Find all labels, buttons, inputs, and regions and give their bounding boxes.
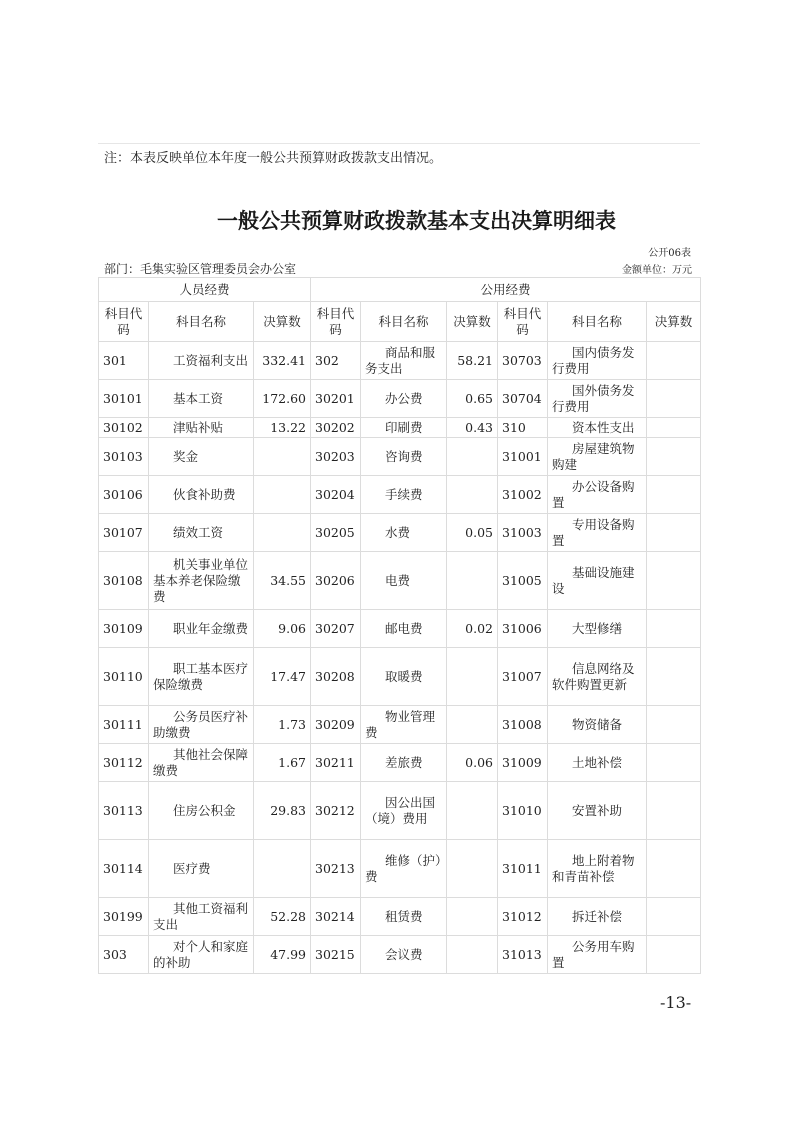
personnel-amount: 9.06 [254,610,311,648]
capital-amount [647,438,701,476]
capital-amount [647,936,701,974]
public-name: 差旅费 [361,744,447,782]
personnel-name: 住房公积金 [149,782,254,840]
public-code: 30213 [311,840,361,898]
capital-code: 30704 [498,380,548,418]
public-amount: 0.05 [447,514,498,552]
capital-name: 土地补偿 [548,744,647,782]
personnel-amount: 29.83 [254,782,311,840]
public-amount: 0.06 [447,744,498,782]
public-code: 30209 [311,706,361,744]
header-amount: 决算数 [254,302,311,342]
capital-code: 31006 [498,610,548,648]
public-amount [447,782,498,840]
personnel-amount: 1.73 [254,706,311,744]
capital-amount [647,380,701,418]
public-code: 30208 [311,648,361,706]
public-amount [447,476,498,514]
capital-name: 大型修缮 [548,610,647,648]
personnel-amount [254,438,311,476]
capital-code: 310 [498,418,548,438]
capital-name: 办公设备购置 [548,476,647,514]
department-label: 部门：毛集实验区管理委员会办公室 [104,260,296,277]
table-row: 30113住房公积金29.8330212因公出国（境）费用31010安置补助 [99,782,701,840]
page-title: 一般公共预算财政拨款基本支出决算明细表 [0,205,793,235]
personnel-name: 对个人和家庭的补助 [149,936,254,974]
personnel-code: 30113 [99,782,149,840]
personnel-name: 机关事业单位基本养老保险缴费 [149,552,254,610]
table-row: 30112其他社会保障缴费1.6730211差旅费0.0631009土地补偿 [99,744,701,782]
personnel-name: 绩效工资 [149,514,254,552]
capital-code: 31008 [498,706,548,744]
header-name: 科目名称 [361,302,447,342]
capital-name: 物资储备 [548,706,647,744]
capital-code: 31009 [498,744,548,782]
column-header-row: 科目代码 科目名称 决算数 科目代码 科目名称 决算数 科目代码 科目名称 决算… [99,302,701,342]
public-name: 水费 [361,514,447,552]
public-name: 维修（护）费 [361,840,447,898]
personnel-amount: 34.55 [254,552,311,610]
capital-code: 31007 [498,648,548,706]
capital-code: 31011 [498,840,548,898]
header-amount: 决算数 [647,302,701,342]
capital-name: 基础设施建设 [548,552,647,610]
capital-amount [647,648,701,706]
public-code: 30207 [311,610,361,648]
table-row: 30111公务员医疗补助缴费1.7330209物业管理费31008物资储备 [99,706,701,744]
header-name: 科目名称 [149,302,254,342]
personnel-code: 30199 [99,898,149,936]
table-row: 30103奖金30203咨询费31001房屋建筑物购建 [99,438,701,476]
public-name: 邮电费 [361,610,447,648]
public-amount [447,898,498,936]
table-row: 30109职业年金缴费9.0630207邮电费0.0231006大型修缮 [99,610,701,648]
public-code: 30205 [311,514,361,552]
table-row: 303对个人和家庭的补助47.9930215会议费31013公务用车购置 [99,936,701,974]
header-code: 科目代码 [99,302,149,342]
table-row: 301工资福利支出332.41302商品和服务支出58.2130703国内债务发… [99,342,701,380]
header-name: 科目名称 [548,302,647,342]
public-name: 因公出国（境）费用 [361,782,447,840]
personnel-amount: 1.67 [254,744,311,782]
capital-name: 专用设备购置 [548,514,647,552]
capital-name: 安置补助 [548,782,647,840]
public-name: 电费 [361,552,447,610]
table-row: 30199其他工资福利支出52.2830214租赁费31012拆迁补偿 [99,898,701,936]
public-code: 30202 [311,418,361,438]
personnel-amount: 52.28 [254,898,311,936]
personnel-code: 30101 [99,380,149,418]
capital-code: 31002 [498,476,548,514]
personnel-amount [254,476,311,514]
table-row: 30106伙食补助费30204手续费31002办公设备购置 [99,476,701,514]
personnel-code: 30107 [99,514,149,552]
personnel-code: 303 [99,936,149,974]
personnel-name: 职业年金缴费 [149,610,254,648]
capital-name: 公务用车购置 [548,936,647,974]
personnel-amount [254,514,311,552]
capital-amount [647,418,701,438]
personnel-name: 其他工资福利支出 [149,898,254,936]
group-public: 公用经费 [311,278,701,302]
header-code: 科目代码 [498,302,548,342]
personnel-amount: 17.47 [254,648,311,706]
capital-amount [647,782,701,840]
public-amount: 0.65 [447,380,498,418]
personnel-code: 30112 [99,744,149,782]
public-amount [447,706,498,744]
personnel-code: 30102 [99,418,149,438]
personnel-name: 工资福利支出 [149,342,254,380]
capital-amount [647,610,701,648]
personnel-code: 30109 [99,610,149,648]
capital-amount [647,706,701,744]
public-amount: 0.43 [447,418,498,438]
group-header-row: 人员经费 公用经费 [99,278,701,302]
capital-name: 拆迁补偿 [548,898,647,936]
public-amount [447,840,498,898]
capital-code: 31012 [498,898,548,936]
table-row: 30102津贴补贴13.2230202印刷费0.43310资本性支出 [99,418,701,438]
table-row: 30108机关事业单位基本养老保险缴费34.5530206电费31005基础设施… [99,552,701,610]
expense-detail-table: 人员经费 公用经费 科目代码 科目名称 决算数 科目代码 科目名称 决算数 科目… [98,277,701,974]
public-amount: 58.21 [447,342,498,380]
capital-code: 31010 [498,782,548,840]
public-name: 办公费 [361,380,447,418]
page-number: -13- [660,993,691,1012]
public-amount [447,648,498,706]
public-amount [447,552,498,610]
personnel-name: 公务员医疗补助缴费 [149,706,254,744]
personnel-amount: 332.41 [254,342,311,380]
personnel-code: 301 [99,342,149,380]
personnel-amount: 47.99 [254,936,311,974]
table-code: 公开06表 [648,244,691,259]
table-row: 30110职工基本医疗保险缴费17.4730208取暖费31007信息网络及软件… [99,648,701,706]
public-code: 30211 [311,744,361,782]
capital-amount [647,514,701,552]
capital-amount [647,476,701,514]
personnel-name: 基本工资 [149,380,254,418]
capital-amount [647,840,701,898]
public-name: 印刷费 [361,418,447,438]
public-code: 30214 [311,898,361,936]
personnel-amount [254,840,311,898]
public-amount [447,936,498,974]
capital-name: 国外债务发行费用 [548,380,647,418]
personnel-amount: 13.22 [254,418,311,438]
personnel-name: 津贴补贴 [149,418,254,438]
capital-code: 31005 [498,552,548,610]
header-amount: 决算数 [447,302,498,342]
personnel-code: 30114 [99,840,149,898]
personnel-code: 30110 [99,648,149,706]
capital-name: 信息网络及软件购置更新 [548,648,647,706]
public-name: 商品和服务支出 [361,342,447,380]
header-code: 科目代码 [311,302,361,342]
capital-name: 国内债务发行费用 [548,342,647,380]
capital-amount [647,744,701,782]
public-name: 取暖费 [361,648,447,706]
group-personnel: 人员经费 [99,278,311,302]
capital-code: 31001 [498,438,548,476]
personnel-name: 其他社会保障缴费 [149,744,254,782]
table-row: 30101基本工资172.6030201办公费0.6530704国外债务发行费用 [99,380,701,418]
capital-name: 资本性支出 [548,418,647,438]
public-code: 30206 [311,552,361,610]
public-code: 30204 [311,476,361,514]
public-name: 物业管理费 [361,706,447,744]
personnel-code: 30108 [99,552,149,610]
personnel-code: 30103 [99,438,149,476]
public-name: 手续费 [361,476,447,514]
public-name: 咨询费 [361,438,447,476]
public-amount: 0.02 [447,610,498,648]
public-name: 租赁费 [361,898,447,936]
capital-amount [647,342,701,380]
personnel-name: 伙食补助费 [149,476,254,514]
note-text: 注：本表反映单位本年度一般公共预算财政拨款支出情况。 [104,147,442,166]
personnel-name: 奖金 [149,438,254,476]
personnel-name: 医疗费 [149,840,254,898]
personnel-code: 30111 [99,706,149,744]
capital-code: 31013 [498,936,548,974]
capital-amount [647,898,701,936]
top-divider [98,143,700,144]
personnel-code: 30106 [99,476,149,514]
unit-label: 金额单位：万元 [622,261,692,276]
table-row: 30114医疗费30213维修（护）费31011地上附着物和青苗补偿 [99,840,701,898]
public-code: 30203 [311,438,361,476]
public-code: 30201 [311,380,361,418]
public-code: 30212 [311,782,361,840]
capital-name: 房屋建筑物购建 [548,438,647,476]
capital-code: 30703 [498,342,548,380]
personnel-amount: 172.60 [254,380,311,418]
public-amount [447,438,498,476]
personnel-name: 职工基本医疗保险缴费 [149,648,254,706]
public-code: 30215 [311,936,361,974]
public-name: 会议费 [361,936,447,974]
capital-name: 地上附着物和青苗补偿 [548,840,647,898]
capital-code: 31003 [498,514,548,552]
table-row: 30107绩效工资30205水费0.0531003专用设备购置 [99,514,701,552]
public-code: 302 [311,342,361,380]
capital-amount [647,552,701,610]
